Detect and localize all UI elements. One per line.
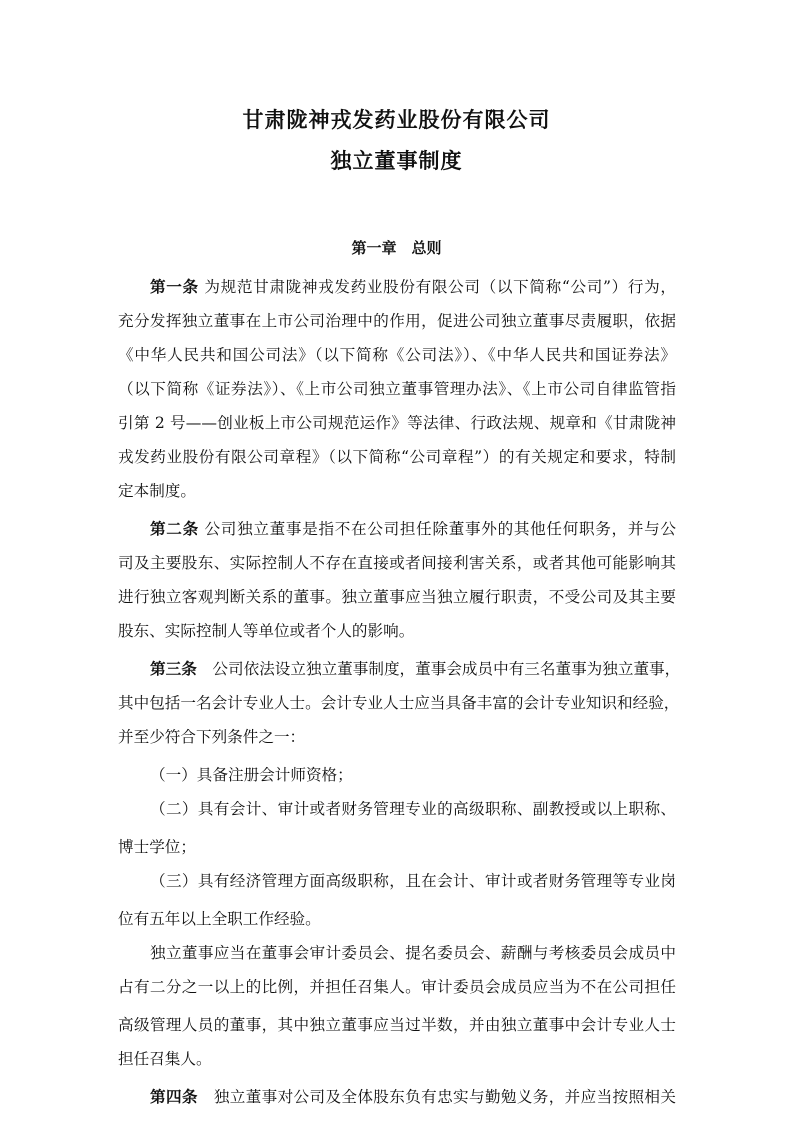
article-label: 第二条 bbox=[150, 520, 199, 538]
article-3-extra-line-4: 担任召集人。 bbox=[118, 1048, 676, 1070]
article-3-extra-line-3: 高级管理人员的董事，其中独立董事应当过半数，并由独立董事中会计专业人士 bbox=[118, 1014, 676, 1036]
article-1-line-2: 充分发挥独立董事在上市公司治理中的作用，促进公司独立董事尽责履职，依据 bbox=[118, 310, 676, 332]
document-title: 独立董事制度 bbox=[0, 145, 793, 175]
article-3-extra-line-1: 独立董事应当在董事会审计委员会、提名委员会、薪酬与考核委员会成员中 bbox=[150, 942, 676, 964]
company-name: 甘肃陇神戎发药业股份有限公司 bbox=[0, 104, 793, 134]
article-3-extra-line-2: 占有二分之一以上的比例，并担任召集人。审计委员会成员应当为不在公司担任 bbox=[118, 976, 676, 998]
article-label: 第三条 bbox=[150, 660, 197, 678]
article-3-line-3: 并至少符合下列条件之一： bbox=[118, 726, 676, 748]
article-4-line-1: 第四条 独立董事对公司及全体股东负有忠实与勤勉义务，并应当按照相关 bbox=[150, 1086, 676, 1108]
article-2-line-2: 司及主要股东、实际控制人不存在直接或者间接利害关系，或者其他可能影响其 bbox=[118, 552, 676, 574]
article-1-line-4: （以下简称《证券法》）、《上市公司独立董事管理办法》、《上市公司自律监管指 bbox=[118, 378, 676, 400]
article-3-item-2-line-2: 博士学位； bbox=[118, 836, 676, 858]
article-1-line-6: 戎发药业股份有限公司章程》（以下简称“公司章程”）的有关规定和要求，特制 bbox=[118, 446, 676, 468]
article-label: 第四条 bbox=[150, 1088, 198, 1106]
article-label: 第一条 bbox=[150, 278, 199, 296]
article-2-line-3: 进行独立客观判断关系的董事。独立董事应当独立履行职责，不受公司及其主要 bbox=[118, 586, 676, 608]
article-2-line-4: 股东、实际控制人等单位或者个人的影响。 bbox=[118, 620, 676, 642]
article-3-item-1: （一）具备注册会计师资格； bbox=[150, 764, 676, 786]
article-3-line-2: 其中包括一名会计专业人士。会计专业人士应当具备丰富的会计专业知识和经验， bbox=[118, 692, 676, 714]
article-3-item-3-line-2: 位有五年以上全职工作经验。 bbox=[118, 908, 676, 930]
article-3-line-1: 第三条 公司依法设立独立董事制度，董事会成员中有三名董事为独立董事， bbox=[150, 658, 676, 680]
article-1-line-1: 第一条 为规范甘肃陇神戎发药业股份有限公司（以下简称“公司”）行为， bbox=[150, 276, 676, 298]
article-3-item-3-line-1: （三）具有经济管理方面高级职称，且在会计、审计或者财务管理等专业岗 bbox=[150, 870, 676, 892]
article-3-item-2-line-1: （二）具有会计、审计或者财务管理专业的高级职称、副教授或以上职称、 bbox=[150, 798, 676, 820]
article-1-line-7: 定本制度。 bbox=[118, 480, 676, 502]
article-1-line-5: 引第 2 号——创业板上市公司规范运作》等法律、行政法规、规章和《甘肃陇神 bbox=[118, 412, 676, 434]
article-1-line-3: 《中华人民共和国公司法》（以下简称《公司法》）、《中华人民共和国证券法》 bbox=[118, 344, 676, 366]
chapter-heading: 第一章 总则 bbox=[0, 237, 793, 258]
article-2-line-1: 第二条 公司独立董事是指不在公司担任除董事外的其他任何职务，并与公 bbox=[150, 518, 676, 540]
